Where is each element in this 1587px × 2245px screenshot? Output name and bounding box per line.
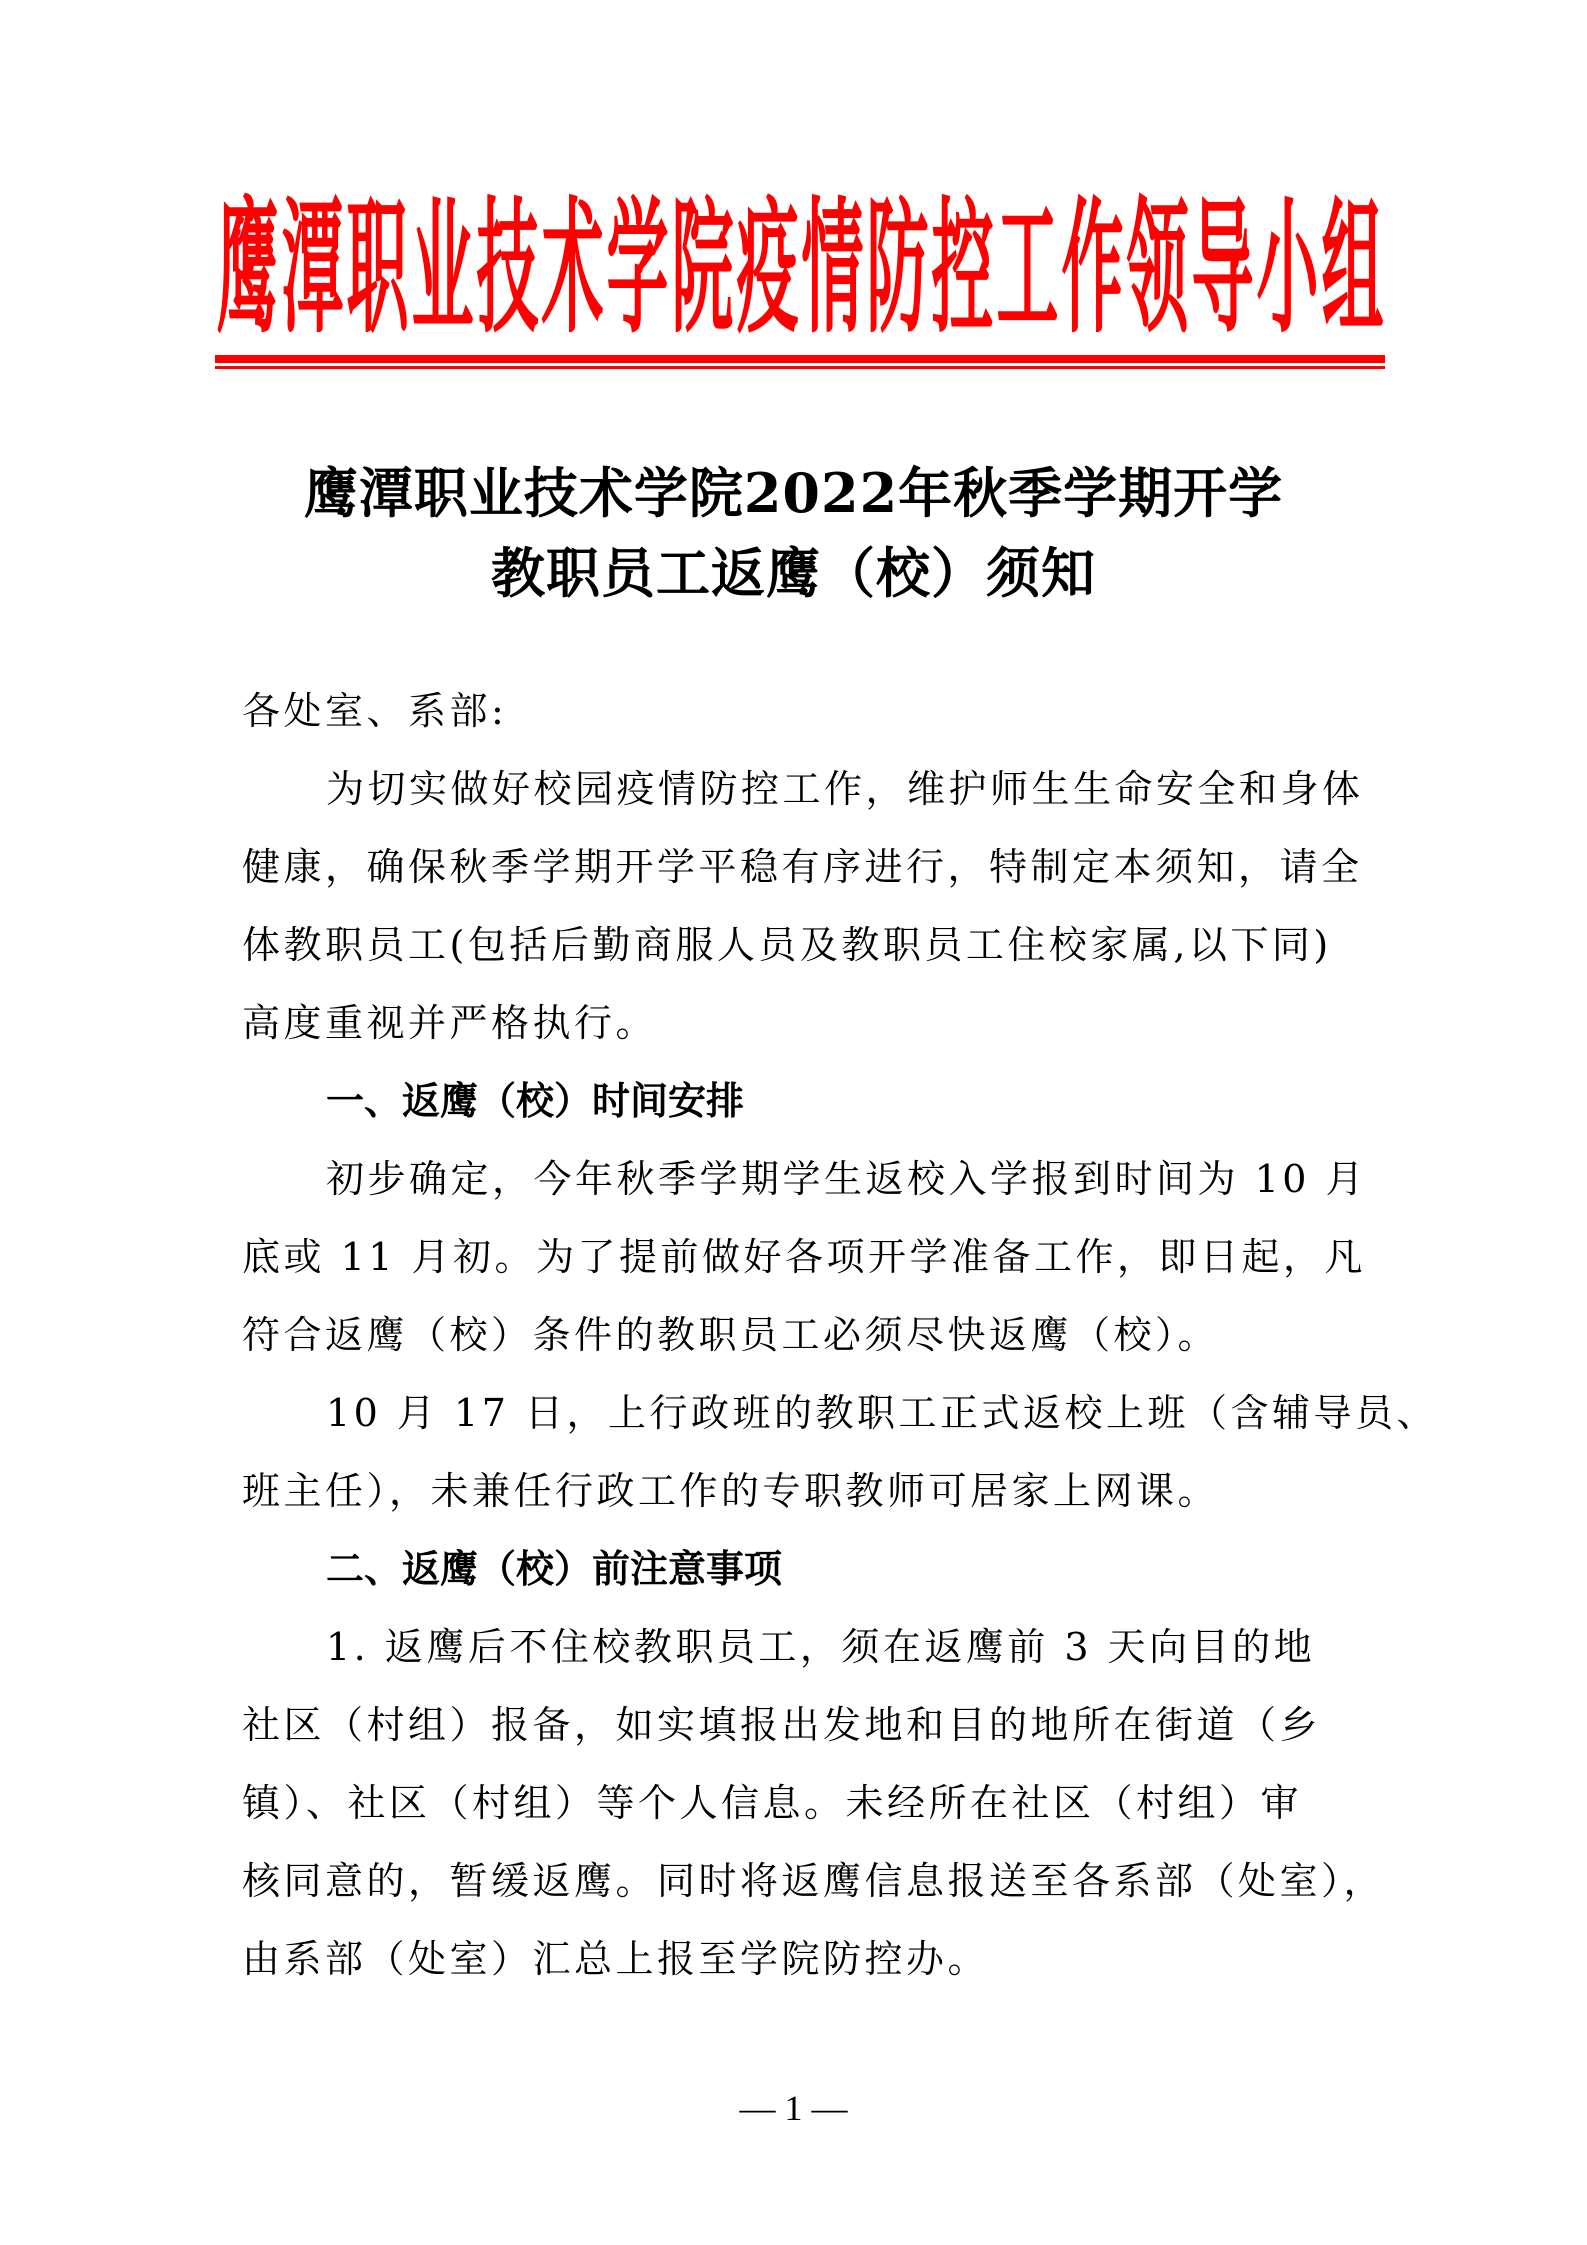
paragraph-line: 健康，确保秋季学期开学平稳有序进行，特制定本须知，请全	[242, 828, 1350, 906]
paragraph-line: 体教职员工(包括后勤商服人员及教职员工住校家属,以下同)	[242, 906, 1350, 984]
salutation: 各处室、系部:	[242, 672, 1350, 750]
letterhead-char: 技	[475, 196, 540, 342]
letterhead-char: 作	[1060, 196, 1125, 342]
paragraph-line: 社区（村组）报备，如实填报出发地和目的地所在街道（乡	[242, 1686, 1350, 1764]
letterhead-char: 情	[800, 196, 865, 342]
page-number: — 1 —	[0, 2088, 1587, 2128]
paragraph-line: 镇）、社区（村组）等个人信息。未经所在社区（村组）审	[242, 1764, 1350, 1842]
letterhead: 鹰 潭 职 业 技 术 学 院 疫 情 防 控 工 作 领 导 小 组	[215, 190, 1385, 342]
letterhead-char: 组	[1320, 196, 1385, 342]
letterhead-char: 学	[605, 196, 670, 342]
document-body: 各处室、系部: 为切实做好校园疫情防控工作，维护师生生命安全和身体 健康，确保秋…	[242, 672, 1350, 1998]
letterhead-char: 术	[540, 196, 605, 342]
section-heading-2: 二、返鹰（校）前注意事项	[242, 1530, 1350, 1608]
document-title-line-2: 教职员工返鹰（校）须知	[0, 543, 1587, 603]
paragraph-line: 初步确定，今年秋季学期学生返校入学报到时间为 10 月	[242, 1140, 1350, 1218]
letterhead-char: 职	[345, 196, 410, 342]
letterhead-char: 领	[1125, 196, 1190, 342]
paragraph-line: 为切实做好校园疫情防控工作，维护师生生命安全和身体	[242, 750, 1350, 828]
letterhead-rule-thick	[215, 355, 1385, 363]
letterhead-char: 业	[410, 196, 475, 342]
letterhead-char: 工	[995, 196, 1060, 342]
letterhead-rule-thin	[215, 366, 1385, 369]
paragraph-line: 由系部（处室）汇总上报至学院防控办。	[242, 1920, 1350, 1998]
section-heading-1: 一、返鹰（校）时间安排	[242, 1062, 1350, 1140]
letterhead-char: 潭	[280, 196, 345, 342]
letterhead-char: 导	[1190, 196, 1255, 342]
letterhead-char: 控	[930, 196, 995, 342]
document-title-line-1: 鹰潭职业技术学院2022年秋季学期开学	[0, 463, 1587, 523]
letterhead-title: 鹰 潭 职 业 技 术 学 院 疫 情 防 控 工 作 领 导 小 组	[215, 190, 1385, 342]
letterhead-char: 鹰	[215, 196, 280, 342]
paragraph-line: 核同意的，暂缓返鹰。同时将返鹰信息报送至各系部（处室），	[242, 1842, 1350, 1920]
letterhead-char: 院	[670, 196, 735, 342]
paragraph-line: 班主任），未兼任行政工作的专职教师可居家上网课。	[242, 1452, 1350, 1530]
paragraph-line: 底或 11 月初。为了提前做好各项开学准备工作，即日起，凡	[242, 1218, 1350, 1296]
letterhead-char: 小	[1255, 196, 1320, 342]
letterhead-char: 疫	[735, 196, 800, 342]
document-page: 鹰 潭 职 业 技 术 学 院 疫 情 防 控 工 作 领 导 小 组 鹰潭职业…	[0, 0, 1587, 2245]
paragraph-line: 10 月 17 日，上行政班的教职工正式返校上班（含辅导员、	[242, 1374, 1350, 1452]
paragraph-line: 高度重视并严格执行。	[242, 984, 1350, 1062]
paragraph-line: 符合返鹰（校）条件的教职员工必须尽快返鹰（校）。	[242, 1296, 1350, 1374]
paragraph-line: 1. 返鹰后不住校教职员工，须在返鹰前 3 天向目的地	[242, 1608, 1350, 1686]
letterhead-char: 防	[865, 196, 930, 342]
